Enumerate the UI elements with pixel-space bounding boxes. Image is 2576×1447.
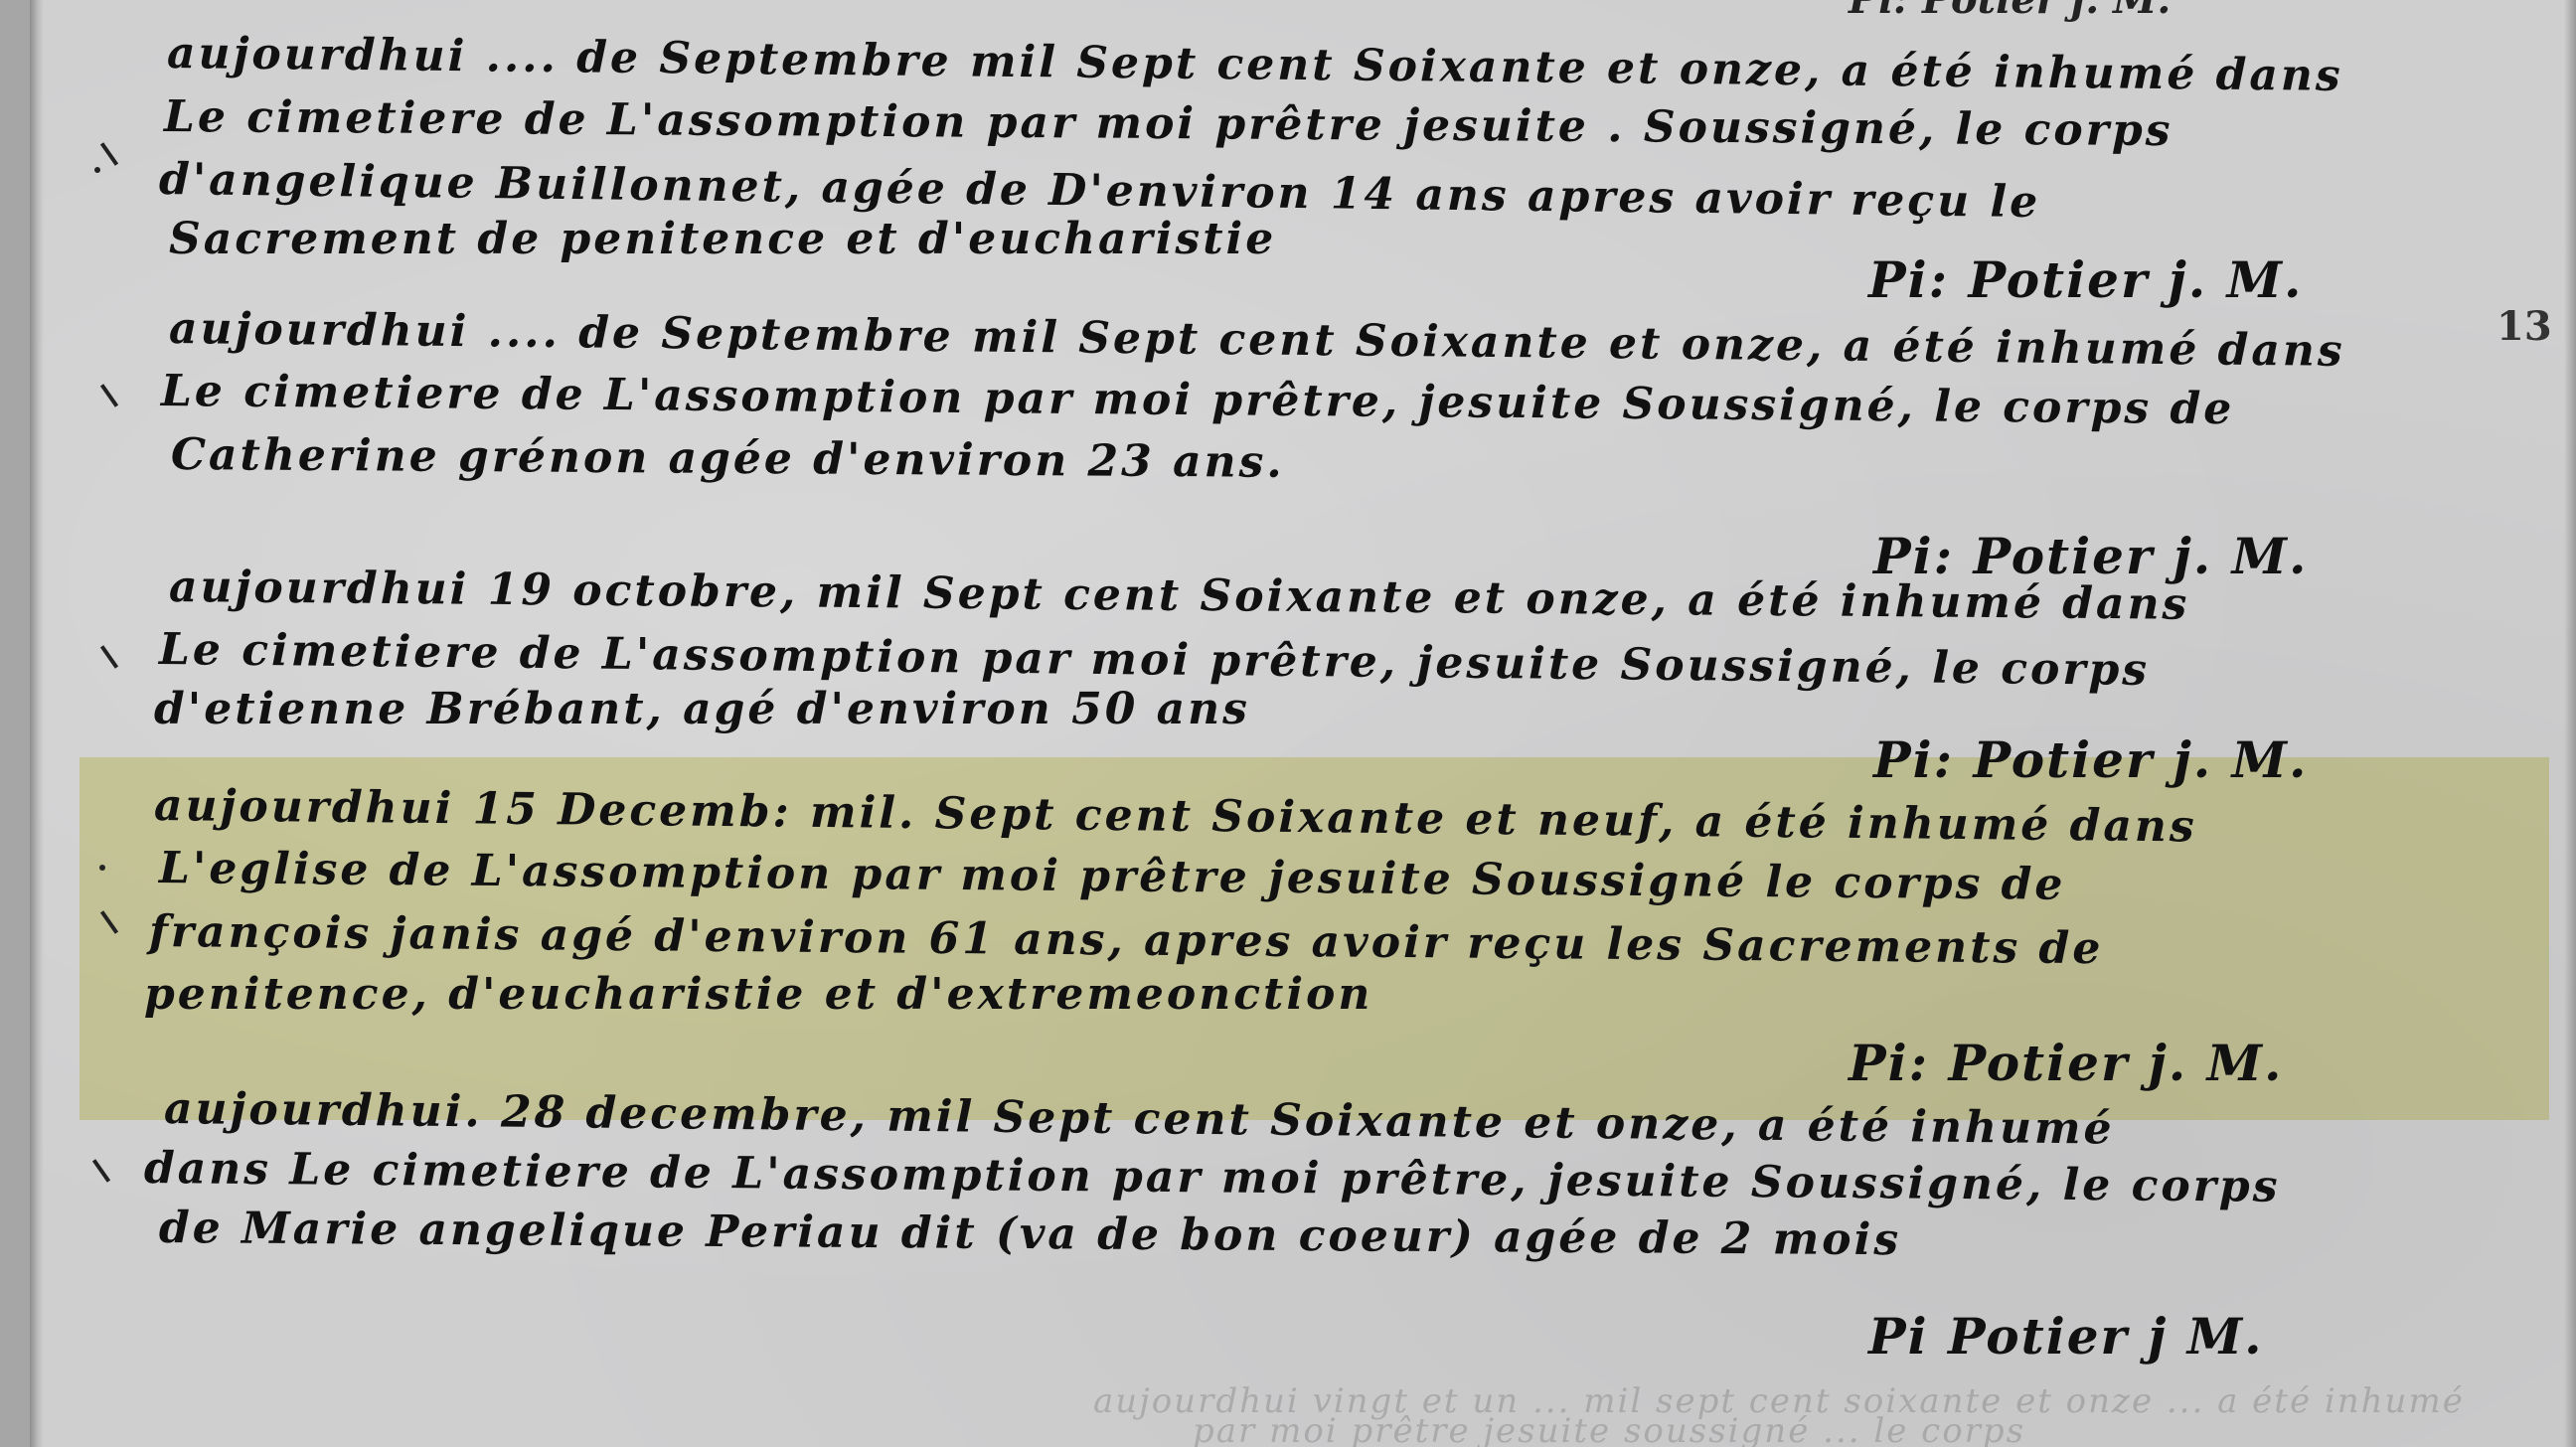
entry-line: Sacrement de penitence et d'eucharistie — [169, 214, 1276, 264]
priest-signature: Pi: Potier j. M. — [1849, 1034, 2283, 1092]
entry-line: d'etienne Brébant, agé d'environ 50 ans — [154, 684, 1250, 734]
priest-signature: Pi: Potier j. M. — [1873, 730, 2308, 789]
priest-signature: Pi: Potier j. M. — [1868, 250, 2303, 309]
margin-dot — [99, 865, 105, 871]
margin-dot — [94, 167, 100, 173]
bleed-through-text: par moi prêtre jesuite soussigné ... le … — [1193, 1411, 2025, 1447]
page-binding-edge — [30, 0, 44, 1447]
entry-line: Catherine grénon agée d'environ 23 ans. — [171, 429, 1285, 488]
margin-page-mark: 13 — [2496, 303, 2552, 350]
cropped-signature-top: Pi: Potier j. M. — [1849, 0, 2171, 23]
scan-left-border — [0, 0, 30, 1447]
entry-line: penitence, d'eucharistie et d'extremeonc… — [144, 969, 1372, 1020]
priest-signature: Pi Potier j M. — [1868, 1307, 2264, 1366]
page-right-edge — [2564, 0, 2576, 1447]
